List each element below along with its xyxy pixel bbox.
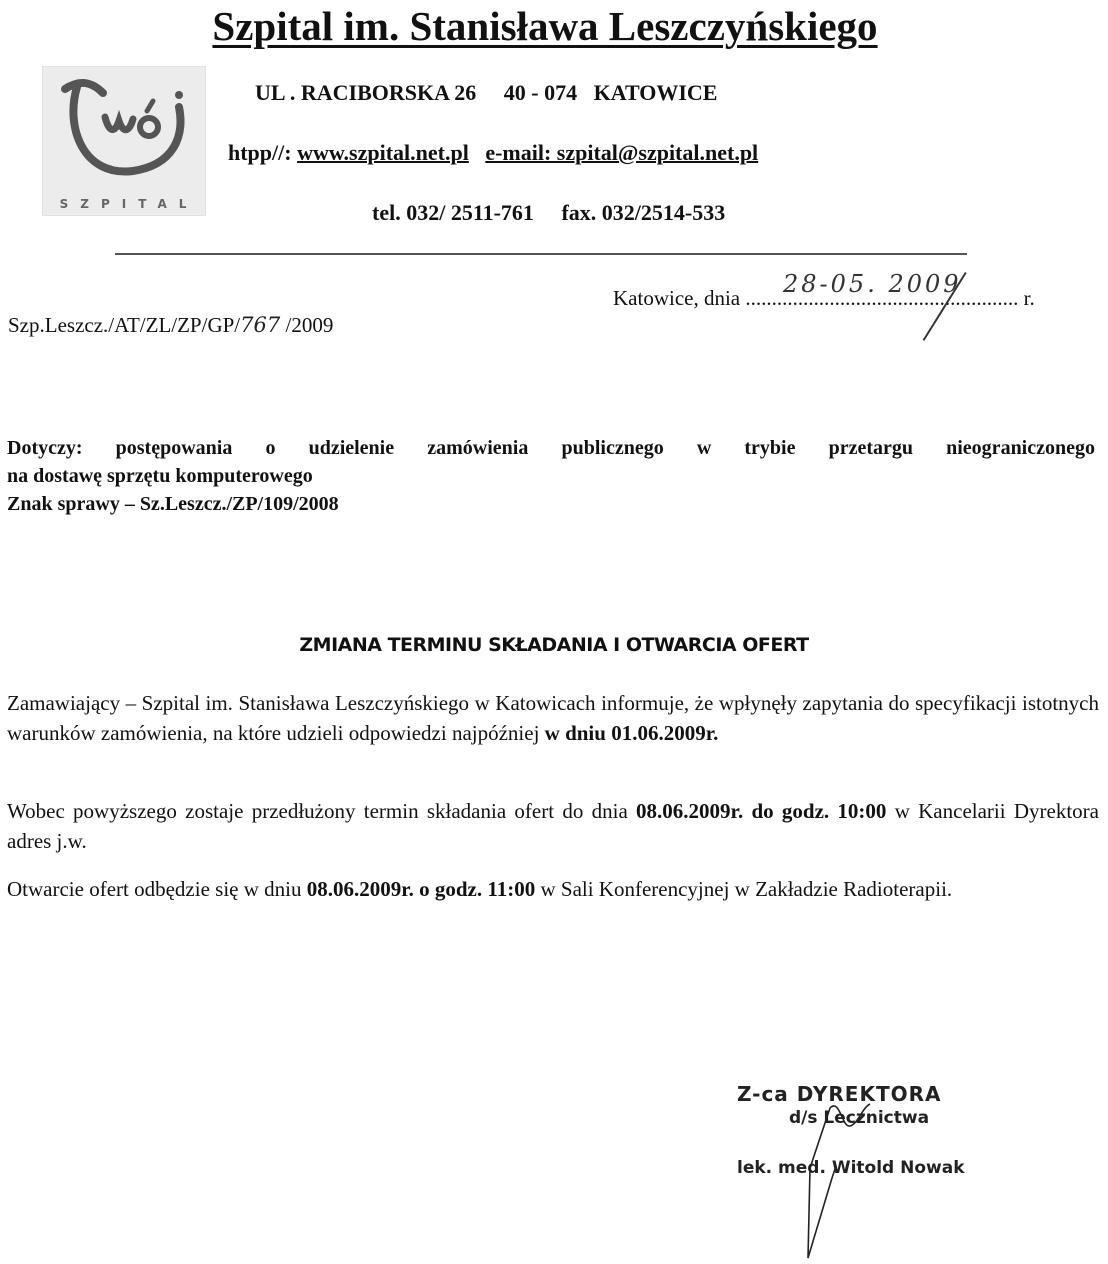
handwritten-reference-number: 767 xyxy=(240,313,280,337)
reference-suffix: /2009 xyxy=(280,313,333,337)
handwritten-date: 28-05. 2009 xyxy=(783,270,962,298)
contact-web-line: htpp//: www.szpital.net.pl e-mail: szpit… xyxy=(228,140,758,166)
twoj-smile-logo-icon xyxy=(43,67,205,187)
reference-number: Szp.Leszcz./AT/ZL/ZP/GP/767 /2009 xyxy=(8,313,333,338)
hospital-name-title: Szpital im. Stanisława Leszczyńskiego xyxy=(0,2,1090,50)
answer-deadline: w dniu 01.06.2009r. xyxy=(545,721,719,745)
paragraph-text: Wobec powyższego zostaje przedłużony ter… xyxy=(7,799,636,823)
paragraph-text: Otwarcie ofert odbędzie się w dniu xyxy=(7,877,307,901)
submission-deadline: 08.06.2009r. do godz. 10:00 xyxy=(636,799,886,823)
logo-text: SZPITAL xyxy=(43,197,205,211)
web-prefix: htpp//: xyxy=(228,140,297,165)
phone-number: tel. 032/ 2511-761 xyxy=(372,200,534,225)
email-link[interactable]: e-mail: szpital@szpital.net.pl xyxy=(485,140,758,165)
hospital-logo: SZPITAL xyxy=(42,66,206,216)
paragraph-submission-deadline: Wobec powyższego zostaje przedłużony ter… xyxy=(7,796,1099,856)
subject-line-2: na dostawę sprzętu komputerowego xyxy=(7,462,1095,490)
reference-prefix: Szp.Leszcz./AT/ZL/ZP/GP/ xyxy=(8,313,240,337)
fax-number: fax. 032/2514-533 xyxy=(561,200,725,225)
website-link[interactable]: www.szpital.net.pl xyxy=(297,140,469,165)
case-reference: Znak sprawy – Sz.Leszcz./ZP/109/2008 xyxy=(7,490,1095,518)
place-label: Katowice, dnia xyxy=(613,286,745,310)
contact-phone-line: tel. 032/ 2511-761 fax. 032/2514-533 xyxy=(372,200,725,226)
date-suffix: r. xyxy=(1018,286,1034,310)
opening-time: 08.06.2009r. o godz. 11:00 xyxy=(307,877,535,901)
paragraph-text: w Sali Konferencyjnej w Zakładzie Radiot… xyxy=(535,877,952,901)
handwritten-signature-icon xyxy=(780,1068,900,1264)
subject-line-1: Dotyczy: postępowania o udzielenie zamów… xyxy=(7,434,1095,462)
notice-heading: ZMIANA TERMINU SKŁADANIA I OTWARCIA OFER… xyxy=(0,634,1108,656)
paragraph-inquiries: Zamawiający – Szpital im. Stanisława Les… xyxy=(7,688,1099,748)
hospital-address: UL . RACIBORSKA 26 40 - 074 KATOWICE xyxy=(255,80,717,106)
paragraph-opening: Otwarcie ofert odbędzie się w dniu 08.06… xyxy=(7,874,1099,904)
header-divider xyxy=(115,253,967,255)
place-date-line: Katowice, dnia .........................… xyxy=(613,286,1035,311)
subject-block: Dotyczy: postępowania o udzielenie zamów… xyxy=(7,434,1095,518)
